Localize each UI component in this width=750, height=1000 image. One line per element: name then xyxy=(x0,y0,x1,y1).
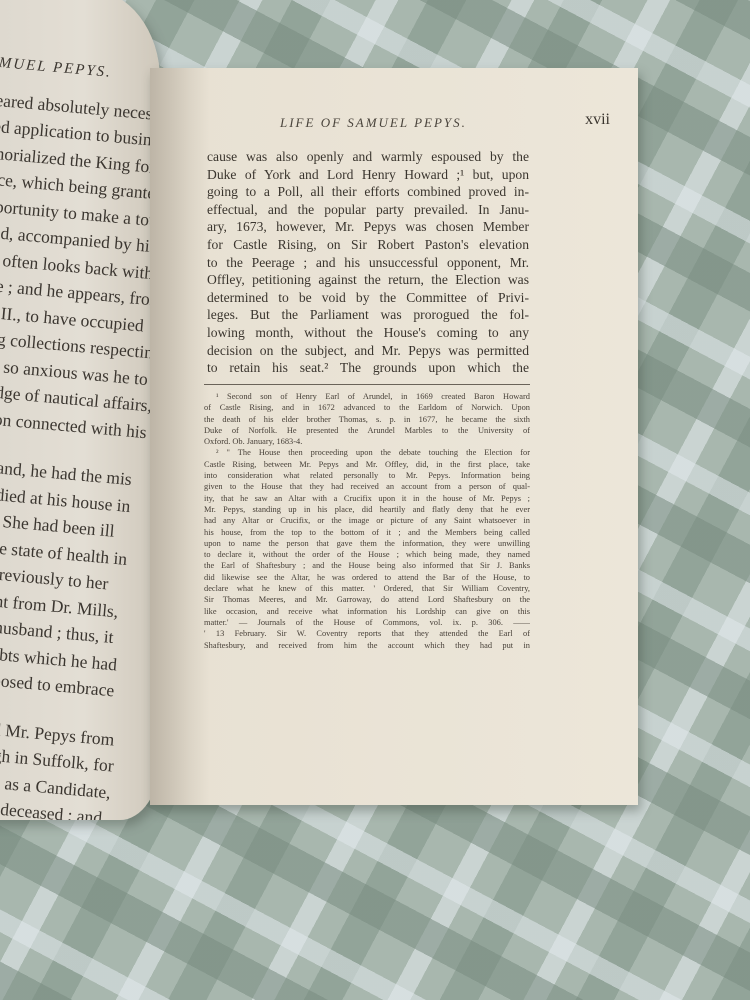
footnote-line: to declare it, without the order of the … xyxy=(204,549,530,560)
footnote-line: like occasion, and receive what informat… xyxy=(204,606,530,617)
text-line: effectual, and the popular party prevail… xyxy=(207,201,529,219)
left-page-text: MUEL PEPYS. eared absolutely necessary e… xyxy=(0,50,160,820)
footnote-line: of Castle Rising, and in 1672 advanced t… xyxy=(204,402,530,413)
footnote-line: ' 13 February. Sir W. Coventry reports t… xyxy=(204,628,530,639)
text-line: determined to be void by the Committee o… xyxy=(207,289,529,307)
footnote-line: given to the House that they had receive… xyxy=(204,481,530,492)
footnote-line: Sir Thomas Meeres, and Mr. Garroway, do … xyxy=(204,594,530,605)
footnote-line: the Earl of Shaftesbury ; and the House … xyxy=(204,560,530,571)
text-line: cause was also openly and warmly espouse… xyxy=(207,148,529,166)
left-book-page: MUEL PEPYS. eared absolutely necessary e… xyxy=(0,0,160,820)
footnote-line: into consideration what related personal… xyxy=(204,470,530,481)
body-text: cause was also openly and warmly espouse… xyxy=(207,148,529,377)
footnote-line: Duke of Norfolk. He presented the Arunde… xyxy=(204,425,530,436)
footnote-line: ² " The House then proceeding upon the d… xyxy=(204,447,530,458)
right-book-page: LIFE OF SAMUEL PEPYS. xvii cause was als… xyxy=(150,68,638,805)
footnote-line: his house, from the top to the bottom of… xyxy=(204,527,530,538)
footnote-line: Castle Rising, between Mr. Pepys and Mr.… xyxy=(204,459,530,470)
footnote-line: Mr. Pepys, standing up in his place, did… xyxy=(204,504,530,515)
footnote-line: upon to name the person that gave them t… xyxy=(204,538,530,549)
text-line: ary, 1673, however, Mr. Pepys was chosen… xyxy=(207,218,529,236)
text-line: going to a Poll, all their efforts combi… xyxy=(207,183,529,201)
text-line: to retain his seat.² The grounds upon wh… xyxy=(207,359,529,377)
footnote-line: did likewise see the Altar, he was order… xyxy=(204,572,530,583)
footnote-rule xyxy=(204,384,530,385)
page-number: xvii xyxy=(585,111,610,129)
footnote-line: ity, that he saw an Altar with a Crucifi… xyxy=(204,493,530,504)
text-line: Offley, petitioning against the return, … xyxy=(207,271,529,289)
text-line: for Castle Rising, on Sir Robert Paston'… xyxy=(207,236,529,254)
footnote-line: had any Altar or Crucifix, or the image … xyxy=(204,515,530,526)
running-head: LIFE OF SAMUEL PEPYS. xyxy=(280,115,580,131)
footnote-line: matter.' — Journals of the House of Comm… xyxy=(204,617,530,628)
page-gutter-shadow xyxy=(150,68,210,805)
footnote-line: Oxford. Ob. January, 1683-4. xyxy=(204,436,530,447)
footnotes: ¹ Second son of Henry Earl of Arundel, i… xyxy=(204,391,530,651)
text-line: lowing month, without the House's coming… xyxy=(207,324,529,342)
text-line: leges. But the Parliament was prorogued … xyxy=(207,306,529,324)
footnote-line: Shaftesbury, and received from him the a… xyxy=(204,640,530,651)
text-line: decision on the subject, and Mr. Pepys w… xyxy=(207,342,529,360)
footnote-line: the death of his elder brother Thomas, s… xyxy=(204,414,530,425)
footnote-line: declare what he knew of this matter. ' O… xyxy=(204,583,530,594)
text-line: Duke of York and Lord Henry Howard ;¹ bu… xyxy=(207,166,529,184)
footnote-line: ¹ Second son of Henry Earl of Arundel, i… xyxy=(204,391,530,402)
text-line: to the Peerage ; and his unsuccessful op… xyxy=(207,254,529,272)
